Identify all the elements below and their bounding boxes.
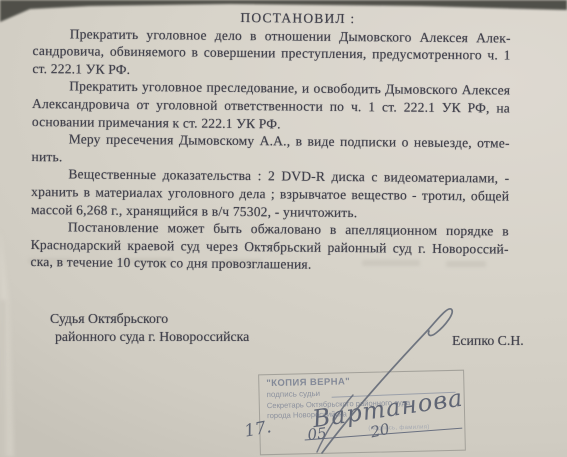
stamp-title: "КОПИЯ ВЕРНА" <box>266 376 350 389</box>
document-photo: ПОСТАНОВИЛ : Прекратить уголовное дело в… <box>0 0 567 457</box>
judge-signoff-line-1: Судья Октябрьского <box>50 311 168 327</box>
stamp-judge-signature-label: подпись судьи <box>266 389 320 399</box>
stamp-date-month: 05 <box>307 424 328 444</box>
judge-signoff-line-2: районного суда г. Новороссийска <box>55 329 249 345</box>
document-lines: Прекратить уголовное дело в отношении Ды… <box>30 25 510 276</box>
certification-stamp: "КОПИЯ ВЕРНА" подпись судьи Секретарь Ок… <box>258 370 466 456</box>
stamp-date-day: 17. <box>243 417 273 442</box>
document-body: ПОСТАНОВИЛ : Прекратить уголовное дело в… <box>30 7 511 275</box>
judge-name: Есипко С.Н. <box>452 333 524 349</box>
stamp-date-year: 20 <box>369 420 391 442</box>
